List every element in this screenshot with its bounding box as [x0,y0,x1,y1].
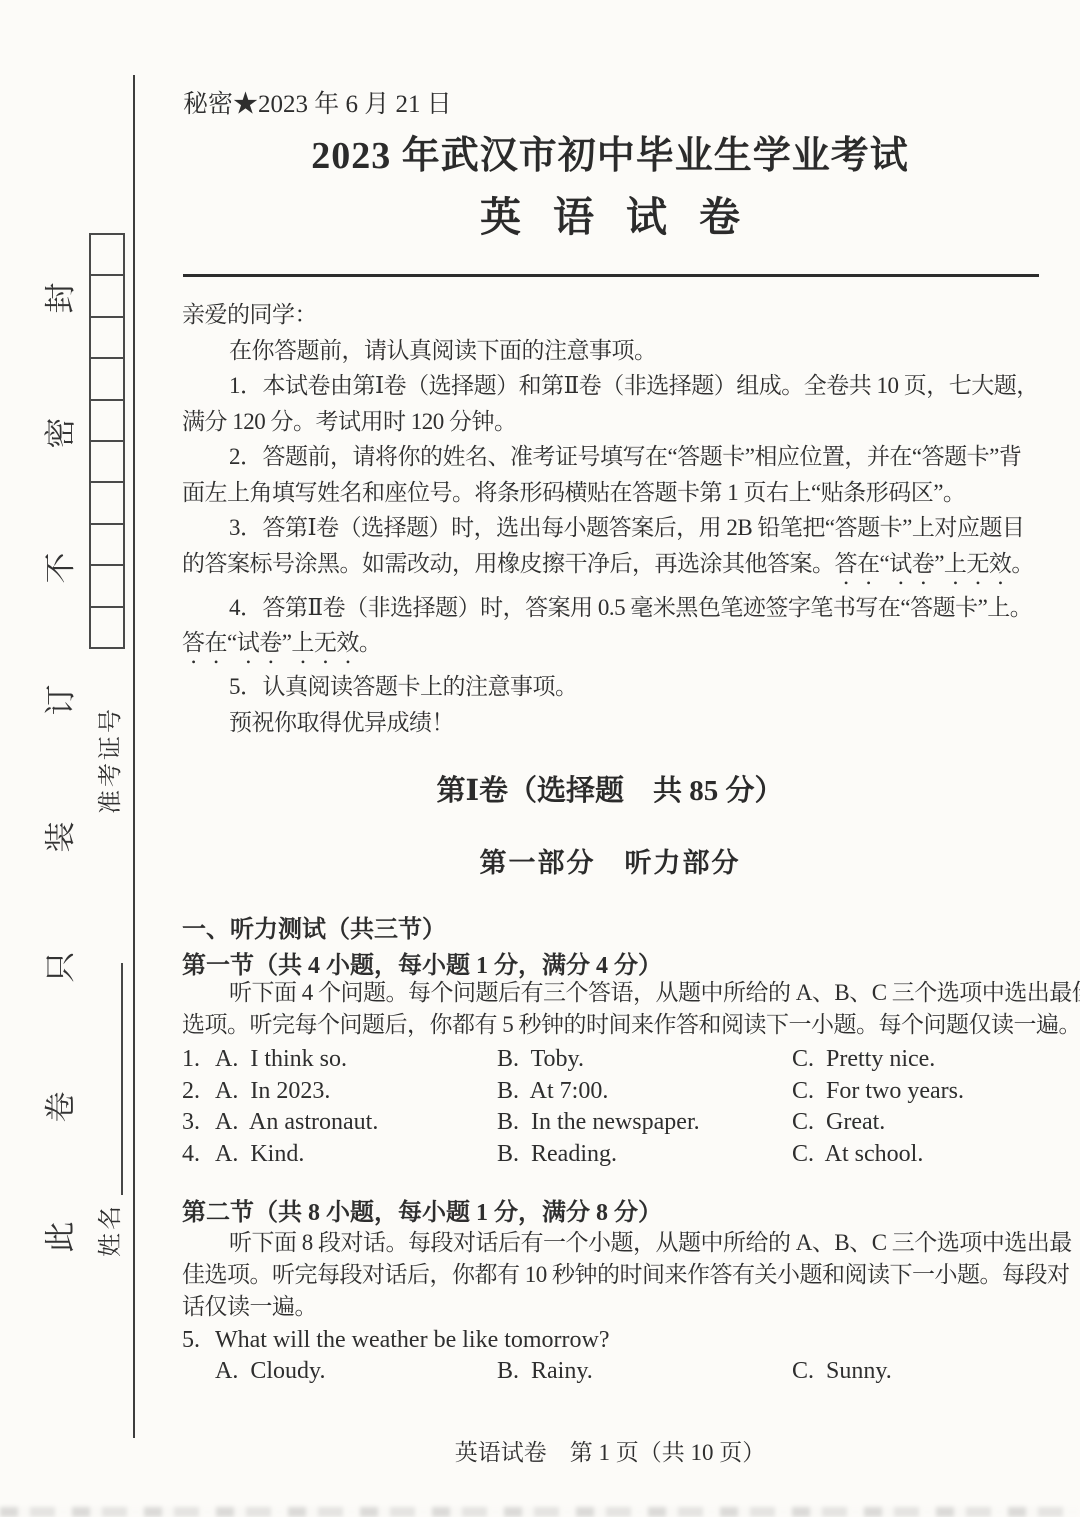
header-divider-rule [183,274,1039,277]
exam-number-box [89,440,125,483]
option-a: A. In 2023. [215,1076,497,1108]
notice-emphasized-text: 答在“试卷”上无效。 [835,551,1034,576]
exam-number-box [89,399,125,442]
option-c: C. At school. [792,1139,1040,1171]
notice-line: 预祝你取得优异成绩！ [182,705,1042,741]
question-number: 5. [182,1325,215,1355]
question-number: 4. [182,1139,215,1171]
seal-char: 密 [40,414,82,452]
question-number: 1. [182,1044,215,1076]
instruction-line: 听下面 8 段对话。每段对话后有一个小题，从题中所给的 A、B、C 三个选项中选… [182,1227,1040,1259]
section2-heading: 第二节（共 8 小题，每小题 1 分，满分 8 分） [182,1192,662,1227]
option-row: 3.A. An astronaut.B. In the newspaper.C.… [182,1107,1040,1139]
option-b: B. Rainy. [497,1356,792,1386]
instruction-line: 选项。听完每个问题后，你都有 5 秒钟的时间来作答和阅读下一小题。每个问题仅读一… [182,1009,1040,1041]
option-b: B. At 7:00. [497,1076,792,1108]
notice-line: 面左上角填写姓名和座位号。将条形码横贴在答题卡第 1 页右上“贴条形码区”。 [182,475,1042,511]
exam-number-box [89,481,125,524]
exam-number-boxes [89,233,125,649]
scan-artifact-strip [0,1507,1080,1517]
binding-border-line [133,75,135,1438]
admission-number-label: 准考证号 [95,670,127,850]
notice-line: 亲爱的同学： [182,297,1042,333]
option-c: C. Pretty nice. [792,1044,1040,1076]
seal-char: 订 [40,681,82,719]
notice-text: 2．答题前，请将你的姓名、准考证号填写在“答题卡”相应位置，并在“答题卡”背 [229,444,1021,469]
question-text: What will the weather be like tomorrow? [215,1325,1040,1355]
option-row: 1.A. I think so.B. Toby.C. Pretty nice. [182,1044,1040,1076]
option-b: B. Reading. [497,1139,792,1171]
volume-heading: 第Ⅰ卷（选择题 共 85 分） [180,768,1040,809]
spacer [182,1356,215,1386]
notice-line: 满分 120 分。考试用时 120 分钟。 [182,404,1042,440]
exam-number-box [89,564,125,607]
section1-heading: 第一节（共 4 小题，每小题 1 分，满分 4 分） [182,945,662,980]
part-heading: 第一部分 听力部分 [180,841,1040,880]
name-label: 姓名 [95,1195,127,1265]
option-row: 2.A. In 2023.B. At 7:00.C. For two years… [182,1076,1040,1108]
secret-date-label: 秘密★2023 年 6 月 21 日 [183,84,452,120]
exam-number-box [89,316,125,359]
notice-text: 满分 120 分。考试用时 120 分钟。 [182,409,517,434]
exam-number-box [89,274,125,317]
name-write-line [121,963,123,1195]
exam-paper-page: 封密不订装只卷此 准考证号 姓名 秘密★2023 年 6 月 21 日 2023… [0,0,1080,1517]
question5-options: A. Cloudy.B. Rainy.C. Sunny. [182,1356,1040,1386]
exam-number-box [89,233,125,276]
option-row: 4.A. Kind.B. Reading.C. At school. [182,1139,1040,1171]
paper-title: 英语试卷 [180,184,1040,243]
option-a: A. I think so. [215,1044,497,1076]
notice-block: 亲爱的同学：在你答题前，请认真阅读下面的注意事项。1．本试卷由第Ⅰ卷（选择题）和… [182,297,1042,740]
exam-title: 2023 年武汉市初中毕业生学业考试 [180,124,1040,179]
option-a: A. Kind. [215,1139,497,1171]
notice-text: 在你答题前，请认真阅读下面的注意事项。 [229,338,657,363]
notice-text: 1．本试卷由第Ⅰ卷（选择题）和第Ⅱ卷（非选择题）组成。全卷共 10 页，七大题， [229,373,1039,398]
instruction-line: 话仅读一遍。 [182,1291,1040,1323]
seal-char: 不 [40,549,82,587]
seal-char: 只 [40,948,82,986]
notice-line: 的答案标号涂黑。如需改动，用橡皮擦干净后，再选涂其他答案。答在“试卷”上无效。 [182,546,1042,590]
notice-text: 面左上角填写姓名和座位号。将条形码横贴在答题卡第 1 页右上“贴条形码区”。 [182,480,965,505]
option-b: B. In the newspaper. [497,1107,792,1139]
notice-line: 答在“试卷”上无效。 [182,625,1042,669]
notice-text: 亲爱的同学： [182,302,317,327]
option-c: C. Sunny. [792,1356,1040,1386]
option-b: B. Toby. [497,1044,792,1076]
notice-line: 在你答题前，请认真阅读下面的注意事项。 [182,333,1042,369]
seal-char: 装 [40,818,82,856]
exam-number-box [89,357,125,400]
notice-line: 1．本试卷由第Ⅰ卷（选择题）和第Ⅱ卷（非选择题）组成。全卷共 10 页，七大题， [182,368,1042,404]
notice-text: 3．答第Ⅰ卷（选择题）时，选出每小题答案后，用 2B 铅笔把“答题卡”上对应题目 [229,515,1024,540]
option-a: A. An astronaut. [215,1107,497,1139]
seal-char: 封 [40,279,82,317]
seal-char: 此 [40,1218,82,1256]
question-number: 3. [182,1107,215,1139]
option-c: C. For two years. [792,1076,1040,1108]
listening-heading: 一、听力测试（共三节） [182,909,446,944]
notice-text: 的答案标号涂黑。如需改动，用橡皮擦干净后，再选涂其他答案。 [182,551,835,576]
notice-line: 2．答题前，请将你的姓名、准考证号填写在“答题卡”相应位置，并在“答题卡”背 [182,439,1042,475]
instruction-line: 听下面 4 个问题。每个问题后有三个答语，从题中所给的 A、B、C 三个选项中选… [182,977,1040,1009]
notice-text: 4．答第Ⅱ卷（非选择题）时，答案用 0.5 毫米黑色笔迹签字笔书写在“答题卡”上… [229,595,1032,620]
notice-text: 预祝你取得优异成绩！ [229,710,454,735]
notice-line: 3．答第Ⅰ卷（选择题）时，选出每小题答案后，用 2B 铅笔把“答题卡”上对应题目 [182,510,1042,546]
question5: 5. What will the weather be like tomorro… [182,1325,1040,1355]
instruction-line: 佳选项。听完每段对话后，你都有 10 秒钟的时间来作答有关小题和阅读下一小题。每… [182,1259,1040,1291]
page-footer: 英语试卷 第 1 页（共 10 页） [180,1434,1040,1467]
notice-emphasized-text: 答在“试卷”上无效。 [182,630,381,655]
notice-text: 5．认真阅读答题卡上的注意事项。 [229,674,578,699]
option-a: A. Cloudy. [215,1356,497,1386]
section1-instructions: 听下面 4 个问题。每个问题后有三个答语，从题中所给的 A、B、C 三个选项中选… [182,977,1040,1041]
exam-number-box [89,523,125,566]
listening-items: 1.A. I think so.B. Toby.C. Pretty nice.2… [182,1044,1040,1171]
notice-line: 4．答第Ⅱ卷（非选择题）时，答案用 0.5 毫米黑色笔迹签字笔书写在“答题卡”上… [182,590,1042,626]
notice-line: 5．认真阅读答题卡上的注意事项。 [182,669,1042,705]
seal-char: 卷 [40,1088,82,1126]
exam-number-box [89,606,125,649]
question-number: 2. [182,1076,215,1108]
option-c: C. Great. [792,1107,1040,1139]
section2-instructions: 听下面 8 段对话。每段对话后有一个小题，从题中所给的 A、B、C 三个选项中选… [182,1227,1040,1322]
